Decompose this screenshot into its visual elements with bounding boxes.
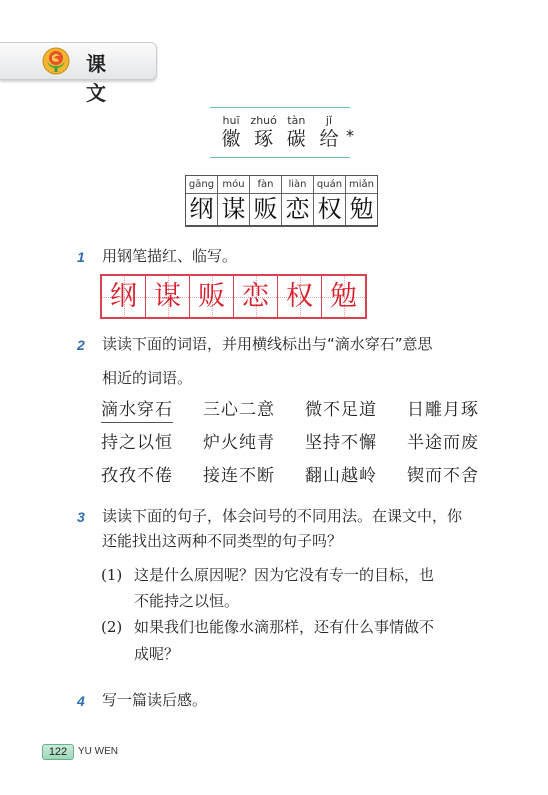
word: 炉火纯青 — [203, 429, 305, 462]
trace-cell: 谋 — [146, 276, 190, 317]
trace-char: 恋 — [242, 281, 269, 312]
page-number: 122 — [42, 744, 74, 760]
sentence-text: 如果我们也能像水滴那样，还有什么事情做不 — [134, 614, 434, 640]
vocab-cell: gāng 纲 — [186, 176, 218, 225]
word: 接连不断 — [203, 462, 305, 495]
hanzi: 勉 — [346, 194, 377, 225]
word: 三心二意 — [203, 396, 305, 429]
footer-label: YU WEN — [78, 746, 118, 757]
trace-char: 纲 — [110, 281, 137, 312]
pinyin: jǐ — [326, 114, 332, 127]
hanzi: 贩 — [250, 194, 281, 225]
trace-char: 谋 — [154, 281, 181, 312]
vocab-cell: móu 谋 — [218, 176, 250, 225]
section-header: 课 文 — [0, 42, 157, 80]
hanzi: 权 — [314, 194, 345, 225]
pinyin: móu — [218, 176, 249, 194]
pinyin: zhuó — [250, 114, 276, 127]
title-top-rule — [210, 107, 350, 108]
pinyin: quán — [314, 176, 345, 194]
sentence-label: (2) — [101, 614, 122, 640]
word-row: 孜孜不倦 接连不断 翻山越岭 锲而不舍 — [101, 462, 509, 495]
lesson-title: huī 徽 zhuó 琢 tàn 碳 jǐ 给 * — [210, 107, 350, 158]
vocab-cell: fàn 贩 — [250, 176, 282, 225]
hanzi: 恋 — [282, 194, 313, 225]
title-char: tàn 碳 — [281, 114, 311, 151]
word: 持之以恒 — [101, 429, 203, 462]
hanzi: 琢 — [254, 127, 273, 151]
sentence-text: 不能持之以恒。 — [134, 588, 239, 614]
word: 日雕月琢 — [407, 396, 509, 429]
hanzi: 碳 — [287, 127, 306, 151]
vocab-cell: quán 权 — [314, 176, 346, 225]
pinyin: miǎn — [346, 176, 377, 194]
vocab-grid: gāng 纲 móu 谋 fàn 贩 liàn 恋 quán 权 miǎn 勉 — [185, 175, 378, 227]
word-list: 滴水穿石 三心二意 微不足道 日雕月琢 持之以恒 炉火纯青 坚持不懈 半途而废 … — [101, 396, 509, 495]
trace-cell: 勉 — [322, 276, 365, 317]
pinyin: gāng — [186, 176, 217, 194]
title-bottom-rule — [210, 157, 350, 158]
word: 微不足道 — [305, 396, 407, 429]
question-number: 4 — [77, 693, 85, 709]
question-text: 读读下面的词语，并用横线标出与“滴水穿石”意思 — [102, 330, 433, 358]
hanzi: 徽 — [221, 127, 240, 151]
pinyin: liàn — [282, 176, 313, 194]
question-text: 还能找出这两种不同类型的句子吗？ — [102, 527, 342, 555]
word: 翻山越岭 — [305, 462, 407, 495]
asterisk-marker: * — [346, 126, 354, 145]
trace-cell: 贩 — [190, 276, 234, 317]
word: 孜孜不倦 — [101, 462, 203, 495]
sentence-label: (1) — [101, 562, 122, 588]
sentence-text: 这是什么原因呢？因为它没有专一的目标，也 — [134, 562, 434, 588]
word-row: 持之以恒 炉火纯青 坚持不懈 半途而废 — [101, 429, 509, 462]
word: 滴水穿石 — [101, 396, 203, 429]
pinyin: fàn — [250, 176, 281, 194]
question-text: 写一篇读后感。 — [102, 686, 207, 714]
title-char: zhuó 琢 — [249, 114, 279, 151]
vocab-cell: miǎn 勉 — [346, 176, 377, 225]
question-number: 2 — [77, 337, 85, 353]
lotus-logo-icon — [42, 47, 70, 75]
pinyin: tàn — [287, 114, 305, 127]
trace-cell: 纲 — [102, 276, 146, 317]
question-number: 1 — [77, 249, 85, 265]
hanzi: 给 — [319, 127, 338, 151]
hanzi: 纲 — [186, 194, 217, 225]
title-char: huī 徽 — [216, 114, 246, 151]
sentence-text: 成呢？ — [134, 641, 179, 667]
question-text: 相近的词语。 — [102, 364, 192, 392]
question-text: 用钢笔描红、临写。 — [102, 242, 237, 270]
trace-char: 贩 — [198, 281, 225, 312]
trace-char: 权 — [286, 281, 313, 312]
trace-cell: 权 — [278, 276, 322, 317]
word-text: 滴水穿石 — [101, 400, 173, 423]
word: 半途而废 — [407, 429, 509, 462]
tracing-grid: 纲 谋 贩 恋 权 勉 — [100, 274, 367, 319]
word-row: 滴水穿石 三心二意 微不足道 日雕月琢 — [101, 396, 509, 429]
section-title: 课 文 — [86, 48, 156, 106]
word: 锲而不舍 — [407, 462, 509, 495]
question-text: 读读下面的句子，体会问号的不同用法。在课文中，你 — [102, 502, 462, 530]
pinyin: huī — [223, 114, 240, 127]
hanzi: 谋 — [218, 194, 249, 225]
title-char: jǐ 给 — [314, 114, 344, 151]
trace-char: 勉 — [330, 281, 357, 312]
vocab-cell: liàn 恋 — [282, 176, 314, 225]
word: 坚持不懈 — [305, 429, 407, 462]
question-number: 3 — [77, 509, 85, 525]
trace-cell: 恋 — [234, 276, 278, 317]
